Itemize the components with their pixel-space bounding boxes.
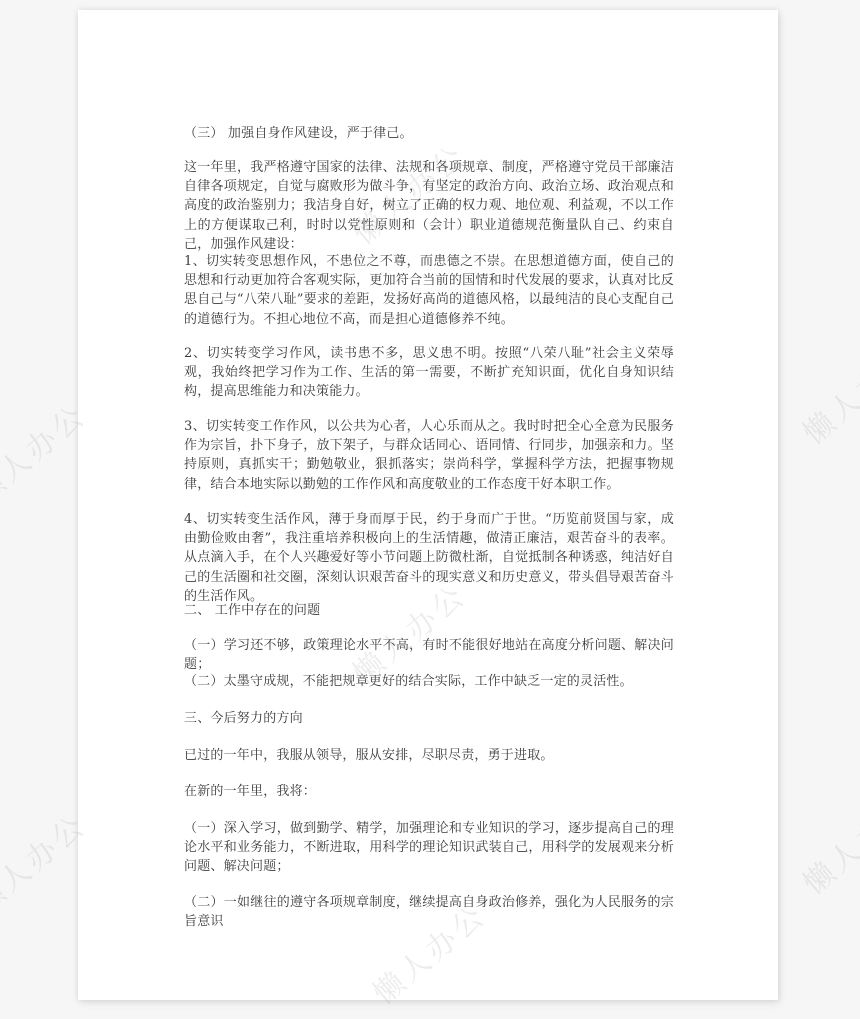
paragraph-item-1-thinking-style: 1、切实转变思想作风，不患位之不尊，而患德之不崇。在思想道德方面，使自己的思想和…	[184, 252, 674, 329]
document-page: （三） 加强自身作风建设，严于律己。 这一年里，我严格遵守国家的法律、法规和各项…	[78, 10, 778, 1000]
problem-item-2: （二）太墨守成规，不能把规章更好的结合实际，工作中缺乏一定的灵活性。	[184, 672, 674, 691]
section-heading-problems: 二、 工作中存在的问题	[184, 601, 674, 620]
paragraph-item-4-life-style: 4、切实转变生活作风，薄于身而厚于民，约于身而广于世。“历览前贤国与家，成由勤俭…	[184, 510, 674, 606]
watermark-text: 懒人办公	[792, 781, 860, 902]
plan-item-1: （一）深入学习，做到勤学、精学，加强理论和专业知识的学习，逐步提高自己的理论水平…	[184, 819, 674, 877]
paragraph-self-discipline: 这一年里，我严格遵守国家的法律、法规和各项规章、制度，严格遵守党员干部廉洁自律各…	[184, 158, 674, 254]
paragraph-past-year: 已过的一年中，我服从领导，服从安排，尽职尽责，勇于进取。	[184, 746, 674, 765]
problem-item-1: （一）学习还不够，政策理论水平不高，有时不能很好地站在高度分析问题、解决问题；	[184, 636, 674, 674]
plan-item-2: （二）一如继往的遵守各项规章制度，继续提高自身政治修养，强化为人民服务的宗旨意识	[184, 893, 674, 931]
paragraph-new-year-intro: 在新的一年里，我将：	[184, 782, 674, 801]
section-heading-future-direction: 三、今后努力的方向	[184, 709, 674, 728]
watermark-text: 懒人办公	[792, 331, 860, 452]
paragraph-item-2-study-style: 2、切实转变学习作风，读书患不多，思义患不明。按照“八荣八耻”社会主义荣辱观，我…	[184, 344, 674, 402]
paragraph-item-3-work-style: 3、切实转变工作作风，以公共为心者，人心乐而从之。我时时把全心全意为民服务作为宗…	[184, 417, 674, 494]
section-heading-strengthen-style: （三） 加强自身作风建设，严于律己。	[184, 124, 674, 143]
